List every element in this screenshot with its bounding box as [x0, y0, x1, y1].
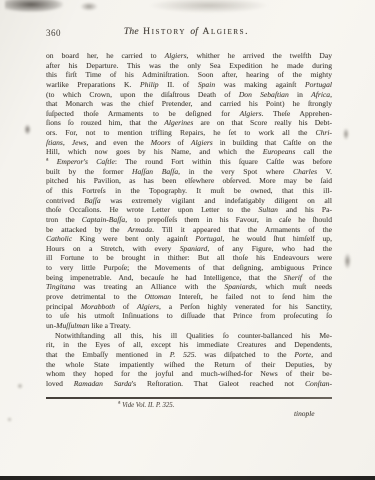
text-line: ſuſpected thoſe Armaments to be deſigned…	[46, 109, 332, 119]
text-line: being impenetrable. And, becauſe he had …	[46, 273, 332, 283]
running-title-part: of	[190, 27, 198, 37]
text-line: un-Muſſulman like a Treaty.	[46, 321, 332, 331]
scan-artifact	[150, 0, 268, 13]
text-line: Tingitana was treating an Alliance with …	[46, 282, 332, 292]
running-title: The History of Algiers.	[0, 27, 375, 37]
text-line: this firſt Time of his Adminiſtration. S…	[46, 70, 332, 80]
text-line: Hill, which now goes by his Name, and wh…	[46, 147, 332, 157]
text-line: to very little Purpoſe; the Movements of…	[46, 263, 332, 273]
scan-artifact	[7, 417, 12, 422]
text-line: thoſe Occaſions. He wrote Letter upon Le…	[46, 205, 332, 215]
text-line: after his Departure. This was the only S…	[46, 61, 332, 71]
scan-artifact	[80, 2, 98, 11]
text-line: of this Fortreſs in the Topography. It m…	[46, 186, 332, 196]
text-line: Catholic King were bent only againſt Por…	[46, 234, 332, 244]
running-title-part: History	[143, 27, 186, 37]
text-line: that the Embaſſy mentioned in P. 525. wa…	[46, 350, 332, 360]
text-line: to uſe his utmoſt Inſinuations to diſſua…	[46, 311, 332, 321]
text-line: rit, in the Eyes of all, except his imme…	[46, 340, 332, 350]
text-line: contrived Baſſa was extremely vigilant a…	[46, 196, 332, 206]
text-line: that Monarch was the chief Pretender, an…	[46, 99, 332, 109]
text-line: tron the Captain-Baſſa, to prepoſſeſs th…	[46, 215, 332, 225]
text-line: built by the former Haſſan Baſſa, in the…	[46, 167, 332, 177]
text-line: whom they hoped for the joyful and much-…	[46, 369, 332, 379]
scan-artifact	[344, 253, 351, 269]
text-line: (to which Crown, upon the diſaſtrous Dea…	[46, 90, 332, 100]
text-line: principal Morabboth of Algiers, a Perſon…	[46, 302, 332, 312]
footnote-rule	[46, 397, 332, 399]
text-block: on board her, he carried to Algiers, whi…	[46, 51, 332, 388]
scan-artifact	[24, 124, 31, 135]
scan-artifact	[343, 128, 349, 140]
scanned-book-page: 360 The History of Algiers. on board her…	[0, 0, 375, 480]
text-line: the whole State impatiently wiſhed the R…	[46, 360, 332, 370]
text-line: ſtians, Jews, and even the Moors of Algi…	[46, 138, 332, 148]
text-line: Hours on a Stretch, with every Spaniard,…	[46, 244, 332, 254]
text-line: pitched his Pavilion, as has been elſewh…	[46, 176, 332, 186]
scan-artifact	[17, 383, 23, 389]
footnote: a Vide Vol. II. P. 325.	[118, 402, 174, 409]
scan-bottom-edge	[0, 476, 375, 480]
text-line: ſions ſo rouzed him, that the Algerines …	[46, 118, 332, 128]
text-line: ill Fortune to be brought in thither: Bu…	[46, 253, 332, 263]
catchword: tinople	[294, 409, 354, 418]
running-title-part: The	[124, 27, 139, 37]
text-line: warlike Preparations K. Philip II. of Sp…	[46, 80, 332, 90]
text-line: ors. For, not to mention trifling Repair…	[46, 128, 332, 138]
text-line: be attacked by the Armada. Till it appea…	[46, 225, 332, 235]
text-line: loved Ramadan Sarda's Reſtoration. That …	[46, 379, 332, 389]
text-line: Notwithſtanding all this, his ill Qualit…	[46, 331, 332, 341]
text-line: on board her, he carried to Algiers, whi…	[46, 51, 332, 61]
text-line: prove detrimental to the Ottoman Intereſ…	[46, 292, 332, 302]
text-line: a Emperor's Caſtle: The round Fort withi…	[46, 157, 332, 167]
scan-artifact	[5, 0, 63, 12]
running-title-part: Algiers.	[203, 27, 250, 37]
